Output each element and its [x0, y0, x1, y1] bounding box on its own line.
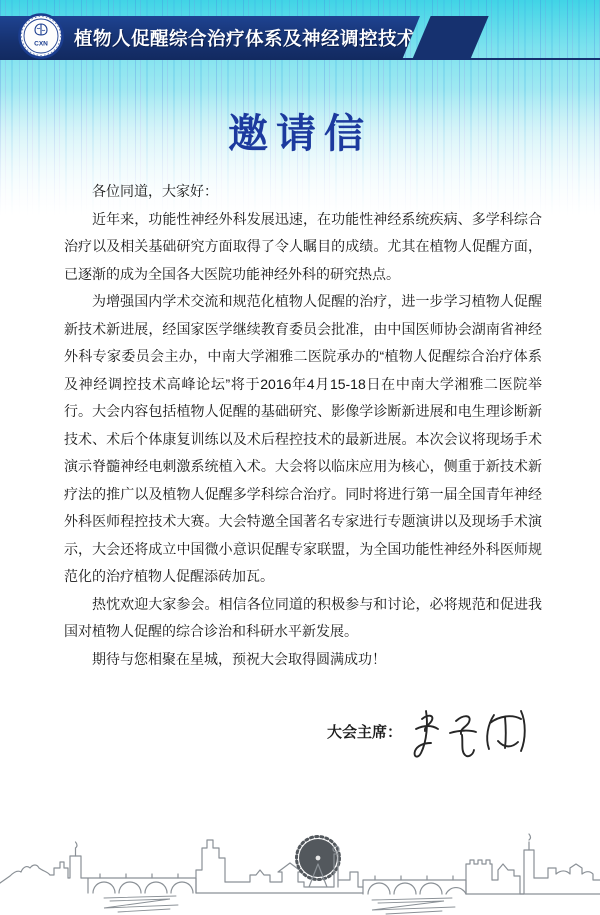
signature-block: 大会主席：: [64, 699, 542, 767]
letter-title: 邀请信: [0, 102, 600, 159]
letter-greeting: 各位同道，大家好：: [64, 178, 542, 206]
signature-label: 大会主席：: [327, 719, 402, 747]
letter-paragraph: 热忱欢迎大家参会。相信各位同道的积极参与和讨论，必将规范和促进我国对植物人促醒的…: [64, 591, 542, 646]
letter-paragraph: 为增强国内学术交流和规范化植物人促醒的治疗，进一步学习植物人促醒新技术新进展，经…: [64, 288, 542, 591]
letter-body: 各位同道，大家好： 近年来，功能性神经外科发展迅速，在功能性神经系统疾病、多学科…: [64, 178, 542, 767]
handwritten-signature: [408, 699, 534, 767]
city-skyline-graphic: [0, 820, 600, 915]
conference-logo-icon: CXN: [18, 13, 64, 59]
letter-closing: 期待与您相聚在星城，预祝大会取得圆满成功！: [64, 646, 542, 674]
logo-text: CXN: [34, 41, 48, 48]
invitation-letter-page: 植物人促醒综合治疗体系及神经调控技术高峰论坛 CXN 邀请信 各位同道，大家好：…: [0, 0, 600, 915]
letter-paragraph: 近年来，功能性神经外科发展迅速，在功能性神经系统疾病、多学科综合治疗以及相关基础…: [64, 206, 542, 289]
